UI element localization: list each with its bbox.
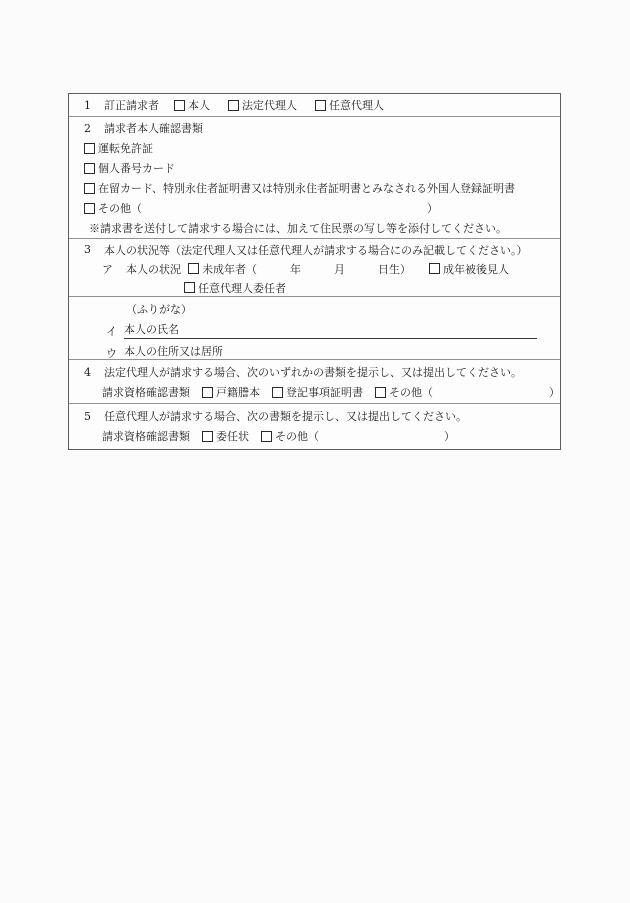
paren-close: ） bbox=[549, 384, 560, 400]
id-doc-option-residence-card[interactable]: 在留カード、特別永住者証明書又は特別永住者証明書とみなされる外国人登録証明書 bbox=[84, 180, 515, 196]
checkbox-icon[interactable] bbox=[272, 387, 283, 398]
checkbox-label: 運転免許証 bbox=[98, 140, 153, 156]
checkbox-icon[interactable] bbox=[84, 143, 95, 154]
section-2-title: 請求者本人確認書類 bbox=[104, 120, 203, 136]
legal-doc-option-koseki[interactable]: 戸籍謄本 bbox=[202, 384, 260, 400]
status-item-a-line: ア 本人の状況 未成年者（ 年 月 日生） 成年被後見人 bbox=[69, 259, 560, 278]
legal-doc-option-other[interactable]: その他（ bbox=[375, 384, 433, 400]
checkbox-icon[interactable] bbox=[375, 387, 386, 398]
checkbox-label: 成年被後見人 bbox=[443, 261, 509, 277]
checkbox-label: その他（ bbox=[275, 428, 319, 444]
section-1-title: 訂正請求者 bbox=[104, 97, 159, 113]
section-4-title: 法定代理人が請求する場合、次のいずれかの書類を提示し、又は提出してください。 bbox=[104, 364, 522, 380]
address-line: ウ 本人の住所又は居所 bbox=[69, 341, 560, 359]
checkbox-label: 戸籍謄本 bbox=[216, 384, 260, 400]
other-fill-blank[interactable] bbox=[142, 203, 427, 213]
status-option-adult-ward[interactable]: 成年被後見人 bbox=[429, 261, 509, 277]
checkbox-icon[interactable] bbox=[228, 100, 239, 111]
name-input-line[interactable]: 本人の氏名 bbox=[124, 321, 537, 339]
requester-option-voluntary-representative[interactable]: 任意代理人 bbox=[315, 97, 384, 113]
section-1-row: 1 訂正請求者 本人 法定代理人 任意代理人 bbox=[69, 94, 560, 116]
checkbox-label: 任意代理人 bbox=[329, 97, 384, 113]
section-5-row: 5 任意代理人が請求する場合、次の書類を提示し、又は提出してください。 請求資格… bbox=[69, 403, 560, 449]
section-3-name-address-row: （ふりがな） イ 本人の氏名 ウ 本人の住所又は居所 bbox=[69, 296, 560, 359]
correction-request-form-table: 1 訂正請求者 本人 法定代理人 任意代理人 2 請求者本人確認書類 運転免許証 bbox=[68, 93, 561, 450]
section-5-docs-line: 請求資格確認書類 委任状 その他（ ） bbox=[69, 426, 560, 446]
paren-close: ） bbox=[444, 428, 455, 444]
item-u-marker: ウ bbox=[106, 345, 124, 359]
voluntary-doc-option-power-of-attorney[interactable]: 委任状 bbox=[202, 428, 249, 444]
section-4-header-line: 4 法定代理人が請求する場合、次のいずれかの書類を提示し、又は提出してください。 bbox=[69, 362, 560, 382]
checkbox-icon[interactable] bbox=[184, 282, 195, 293]
checkbox-label: 個人番号カード bbox=[98, 160, 175, 176]
checkbox-icon[interactable] bbox=[188, 263, 199, 274]
checkbox-icon[interactable] bbox=[202, 431, 213, 442]
furigana-label: （ふりがな） bbox=[126, 301, 192, 317]
section-5-number: 5 bbox=[84, 410, 104, 423]
checkbox-label: その他（ bbox=[98, 200, 142, 216]
checkbox-icon[interactable] bbox=[174, 100, 185, 111]
section-3-number: 3 bbox=[84, 243, 104, 256]
status-option-minor[interactable]: 未成年者（ 年 月 日生） bbox=[188, 261, 411, 277]
checkbox-label: 本人 bbox=[188, 97, 210, 113]
name-line: イ 本人の氏名 bbox=[69, 319, 560, 341]
section-4-docs-label: 請求資格確認書類 bbox=[102, 384, 190, 400]
section-5-header-line: 5 任意代理人が請求する場合、次の書類を提示し、又は提出してください。 bbox=[69, 406, 560, 426]
checkbox-icon[interactable] bbox=[202, 387, 213, 398]
id-doc-line-other: その他（ ） bbox=[69, 198, 560, 218]
id-doc-option-other[interactable]: その他（ bbox=[84, 200, 142, 216]
item-a-marker: ア bbox=[102, 261, 126, 277]
checkbox-label: その他（ bbox=[389, 384, 433, 400]
requester-option-honnin[interactable]: 本人 bbox=[174, 97, 210, 113]
section-2-row: 2 請求者本人確認書類 運転免許証 個人番号カード 在留カード、特別永住者証明書… bbox=[69, 116, 560, 238]
item-a-label: 本人の状況 bbox=[126, 261, 181, 277]
section-2-header-line: 2 請求者本人確認書類 bbox=[69, 118, 560, 138]
checkbox-icon[interactable] bbox=[261, 431, 272, 442]
checkbox-icon[interactable] bbox=[84, 203, 95, 214]
checkbox-icon[interactable] bbox=[84, 163, 95, 174]
section-3-header-line: 3 本人の状況等（法定代理人又は任意代理人が請求する場合にのみ記載してください。… bbox=[69, 240, 560, 259]
id-doc-option-drivers-license[interactable]: 運転免許証 bbox=[84, 140, 153, 156]
checkbox-label: 登記事項証明書 bbox=[286, 384, 363, 400]
checkbox-label: 在留カード、特別永住者証明書又は特別永住者証明書とみなされる外国人登録証明書 bbox=[98, 180, 515, 196]
id-doc-line-residence-card: 在留カード、特別永住者証明書又は特別永住者証明書とみなされる外国人登録証明書 bbox=[69, 178, 560, 198]
checkbox-label: 法定代理人 bbox=[242, 97, 297, 113]
other-fill-blank[interactable] bbox=[433, 387, 549, 397]
item-i-marker: イ bbox=[106, 323, 124, 339]
voluntary-doc-option-other[interactable]: その他（ bbox=[261, 428, 319, 444]
section-4-docs-line: 請求資格確認書類 戸籍謄本 登記事項証明書 その他（ ） bbox=[69, 382, 560, 402]
mailing-note: ※請求書を送付して請求する場合には、加えて住民票の写し等を添付してください。 bbox=[89, 220, 507, 236]
checkbox-icon[interactable] bbox=[84, 183, 95, 194]
checkbox-label: 任意代理人委任者 bbox=[198, 280, 286, 296]
other-fill-blank[interactable] bbox=[319, 431, 444, 441]
section-4-row: 4 法定代理人が請求する場合、次のいずれかの書類を提示し、又は提出してください。… bbox=[69, 359, 560, 403]
section-5-docs-label: 請求資格確認書類 bbox=[102, 428, 190, 444]
id-doc-option-my-number-card[interactable]: 個人番号カード bbox=[84, 160, 175, 176]
name-label: 本人の氏名 bbox=[124, 323, 179, 336]
address-input-line[interactable]: 本人の住所又は居所 bbox=[124, 343, 537, 359]
checkbox-label: 委任状 bbox=[216, 428, 249, 444]
id-doc-line-drivers-license: 運転免許証 bbox=[69, 138, 560, 158]
requester-option-legal-representative[interactable]: 法定代理人 bbox=[228, 97, 297, 113]
status-option-voluntary-line: 任意代理人委任者 bbox=[69, 278, 560, 296]
section-1-number: 1 bbox=[84, 99, 104, 112]
section-3-status-row: 3 本人の状況等（法定代理人又は任意代理人が請求する場合にのみ記載してください。… bbox=[69, 238, 560, 296]
furigana-line: （ふりがな） bbox=[69, 299, 560, 319]
mailing-note-line: ※請求書を送付して請求する場合には、加えて住民票の写し等を添付してください。 bbox=[69, 218, 560, 238]
paren-close: ） bbox=[427, 200, 438, 216]
checkbox-label: 未成年者（ 年 月 日生） bbox=[202, 261, 411, 277]
checkbox-icon[interactable] bbox=[315, 100, 326, 111]
section-5-title: 任意代理人が請求する場合、次の書類を提示し、又は提出してください。 bbox=[104, 408, 467, 424]
id-doc-line-my-number-card: 個人番号カード bbox=[69, 158, 560, 178]
section-4-number: 4 bbox=[84, 366, 104, 379]
section-3-title: 本人の状況等（法定代理人又は任意代理人が請求する場合にのみ記載してください。） bbox=[104, 242, 528, 258]
address-label: 本人の住所又は居所 bbox=[124, 345, 223, 358]
legal-doc-option-registry-certificate[interactable]: 登記事項証明書 bbox=[272, 384, 363, 400]
checkbox-icon[interactable] bbox=[429, 263, 440, 274]
section-2-number: 2 bbox=[84, 122, 104, 135]
status-option-voluntary-delegator[interactable]: 任意代理人委任者 bbox=[184, 280, 286, 296]
